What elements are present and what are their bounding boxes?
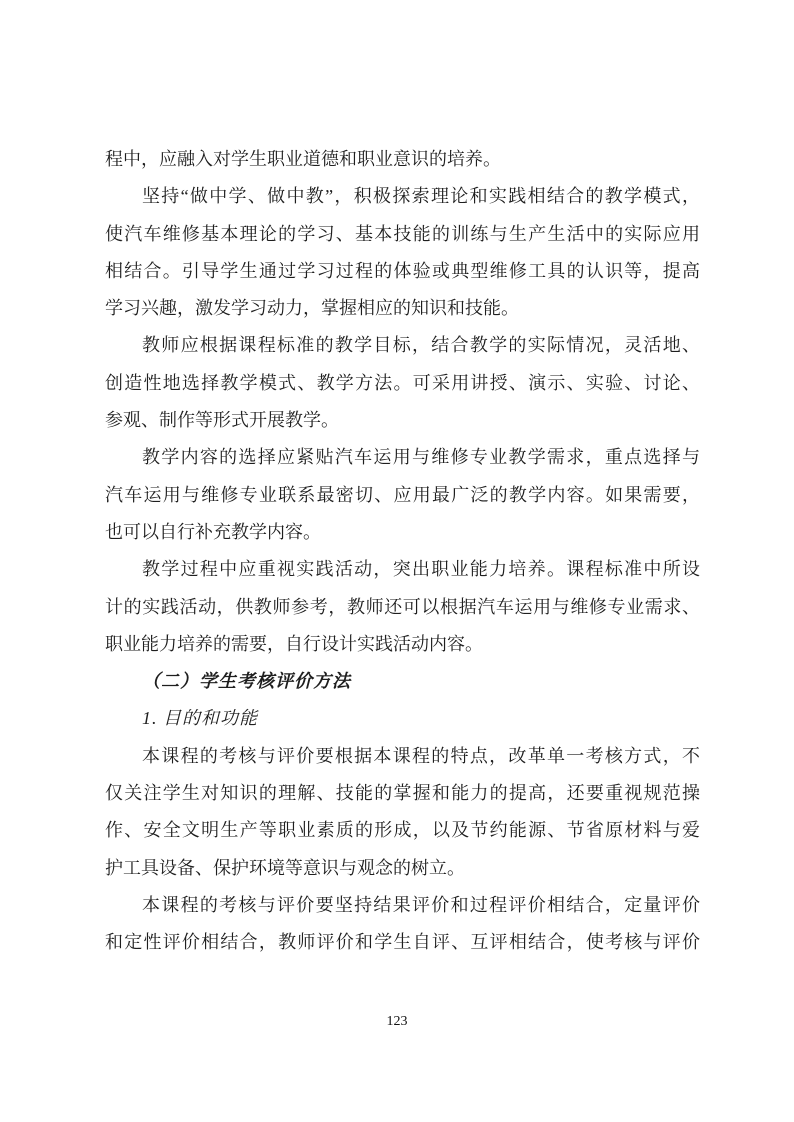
text-line: 教学过程中应重视实践活动，突出职业能力培养。课程标准中所设 — [105, 551, 700, 588]
text-line: 也可以自行补充教学内容。 — [105, 514, 700, 551]
text-line: 护工具设备、保护环境等意识与观念的树立。 — [105, 850, 700, 887]
document-page: 程中，应融入对学生职业道德和职业意识的培养。坚持“做中学、做中教”，积极探索理论… — [0, 0, 794, 1122]
page-number: 123 — [387, 1014, 408, 1029]
text-line: 程中，应融入对学生职业道德和职业意识的培养。 — [105, 141, 700, 178]
text-line: 学习兴趣，激发学习动力，掌握相应的知识和技能。 — [105, 290, 700, 327]
text-line: 坚持“做中学、做中教”，积极探索理论和实践相结合的教学模式， — [105, 178, 700, 215]
section-heading: （二）学生考核评价方法 — [105, 663, 700, 700]
page-footer: 123 — [0, 1012, 794, 1030]
text-line: 和定性评价相结合，教师评价和学生自评、互评相结合，使考核与评价 — [105, 924, 700, 961]
text-line: 仅关注学生对知识的理解、技能的掌握和能力的提高，还要重视规范操 — [105, 775, 700, 812]
page-body: 程中，应融入对学生职业道德和职业意识的培养。坚持“做中学、做中教”，积极探索理论… — [105, 141, 700, 962]
text-line: 本课程的考核与评价要坚持结果评价和过程评价相结合，定量评价 — [105, 887, 700, 924]
text-line: 使汽车维修基本理论的学习、基本技能的训练与生产生活中的实际应用 — [105, 216, 700, 253]
text-line: 本课程的考核与评价要根据本课程的特点，改革单一考核方式，不 — [105, 738, 700, 775]
text-line: 职业能力培养的需要，自行设计实践活动内容。 — [105, 626, 700, 663]
text-line: 汽车运用与维修专业联系最密切、应用最广泛的教学内容。如果需要， — [105, 477, 700, 514]
text-line: 创造性地选择教学模式、教学方法。可采用讲授、演示、实验、讨论、 — [105, 365, 700, 402]
text-line: 教学内容的选择应紧贴汽车运用与维修专业教学需求，重点选择与 — [105, 439, 700, 476]
text-line: 相结合。引导学生通过学习过程的体验或典型维修工具的认识等，提高 — [105, 253, 700, 290]
text-line: 作、安全文明生产等职业素质的形成，以及节约能源、节省原材料与爱 — [105, 812, 700, 849]
text-line: 计的实践活动，供教师参考，教师还可以根据汽车运用与维修专业需求、 — [105, 589, 700, 626]
text-line: 教师应根据课程标准的教学目标，结合教学的实际情况，灵活地、 — [105, 327, 700, 364]
subsection-heading: 1. 目的和功能 — [105, 700, 700, 737]
text-line: 参观、制作等形式开展教学。 — [105, 402, 700, 439]
